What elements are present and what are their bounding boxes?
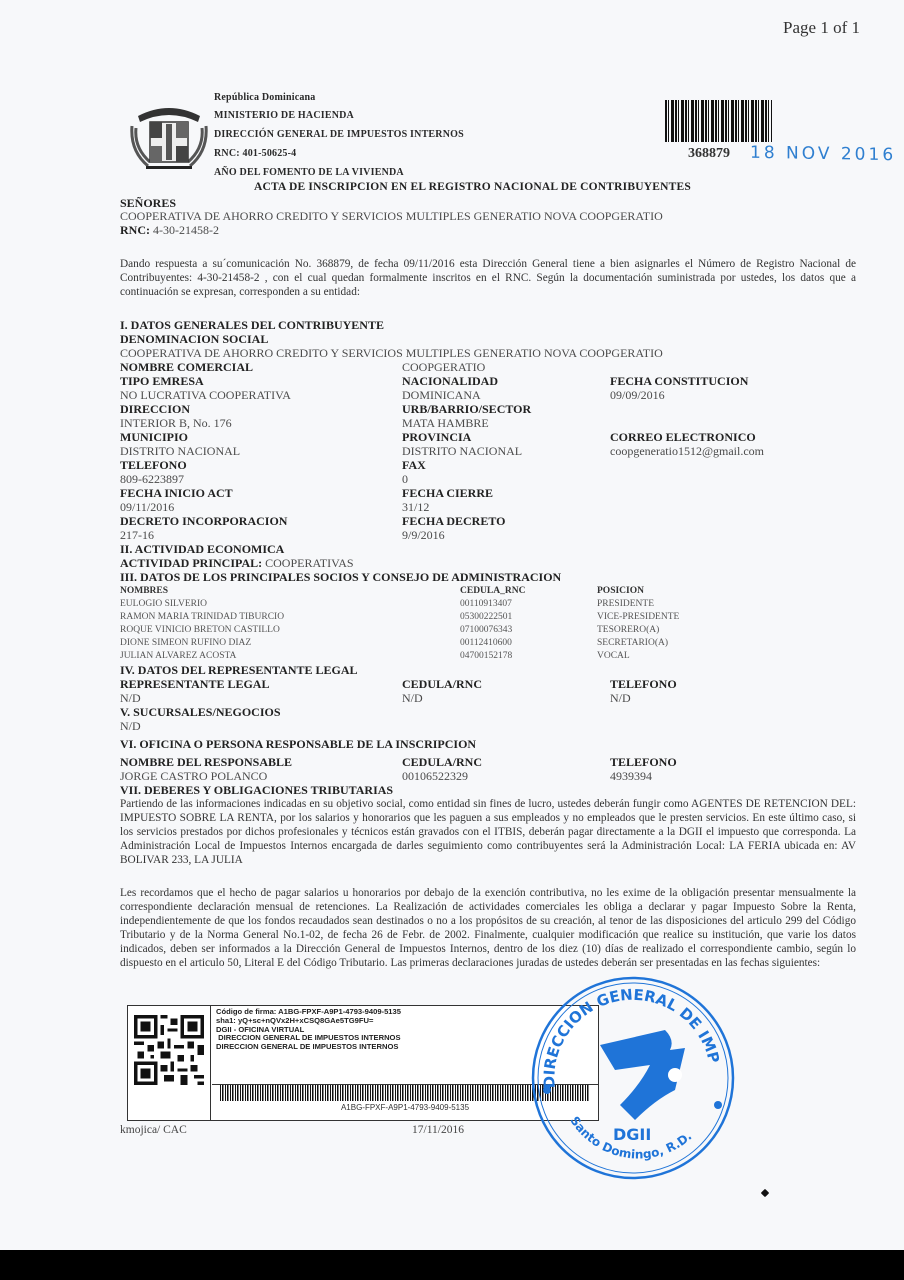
obligations-paragraph-2: Les recordamos que el hecho de pagar sal…	[120, 886, 856, 970]
nombre-comercial-label: NOMBRE COMERCIAL	[120, 360, 253, 375]
fecha-inicio-label: FECHA INICIO ACT	[120, 486, 233, 501]
denominacion-label: DENOMINACION SOCIAL	[120, 332, 268, 347]
decreto-label: DECRETO INCORPORACION	[120, 514, 287, 529]
addressee-rnc: RNC: 4-30-21458-2	[120, 223, 219, 238]
socios-table-cell: RAMON MARIA TRINIDAD TIBURCIO	[120, 612, 284, 622]
telefono-value: 809-6223897	[120, 472, 184, 487]
obligations-paragraph-1: Partiendo de las informaciones indicadas…	[120, 797, 856, 867]
document-barcode	[665, 100, 772, 142]
svg-text:DIRECCION GENERAL DE IMPUESTOS: DIRECCION GENERAL DE IMPUESTOS INTERNOS	[525, 970, 723, 1089]
socios-column-header: NOMBRES	[120, 586, 168, 596]
socios-table-cell: SECRETARIO(A)	[597, 638, 668, 648]
sector-label: URB/BARRIO/SECTOR	[402, 402, 531, 417]
nacionalidad-value: DOMINICANA	[402, 388, 481, 403]
rep-telefono-value: N/D	[610, 691, 631, 706]
provincia-value: DISTRITO NACIONAL	[402, 444, 522, 459]
representante-label: REPRESENTANTE LEGAL	[120, 677, 269, 692]
nacionalidad-label: NACIONALIDAD	[402, 374, 498, 389]
socios-table-cell: DIONE SIMEON RUFINO DIAZ	[120, 638, 251, 648]
tipo-empresa-label: TIPO EMRESA	[120, 374, 204, 389]
socios-table-cell: JULIAN ALVAREZ ACOSTA	[120, 651, 236, 661]
fecha-decreto-label: FECHA DECRETO	[402, 514, 505, 529]
fecha-decreto-value: 9/9/2016	[402, 528, 445, 543]
fax-label: FAX	[402, 458, 426, 473]
addressee-rnc-label: RNC:	[120, 223, 150, 237]
denominacion-value: COOPERATIVA DE AHORRO CREDITO Y SERVICIO…	[120, 346, 663, 361]
intro-paragraph: Dando respuesta a su´comunicación No. 36…	[120, 257, 856, 299]
document-title: ACTA DE INSCRIPCION EN EL REGISTRO NACIO…	[254, 181, 691, 193]
socios-table-cell: VOCAL	[597, 651, 630, 661]
page-indicator: Page 1 of 1	[783, 18, 860, 38]
socios-table-cell: PRESIDENTE	[597, 599, 654, 609]
header-country: República Dominicana	[214, 92, 316, 103]
decreto-value: 217-16	[120, 528, 154, 543]
municipio-label: MUNICIPIO	[120, 430, 188, 445]
sucursales-value: N/D	[120, 719, 141, 734]
section-7-title: VII. DEBERES Y OBLIGACIONES TRIBUTARIAS	[120, 783, 393, 798]
resp-cedula-label: CEDULA/RNC	[402, 755, 482, 770]
footer-date: 17/11/2016	[412, 1124, 464, 1136]
fecha-inicio-value: 09/11/2016	[120, 500, 174, 515]
header-year-motto: AÑO DEL FOMENTO DE LA VIVIENDA	[214, 167, 404, 178]
header-ministry: MINISTERIO DE HACIENDA	[214, 110, 354, 121]
fecha-cierre-label: FECHA CIERRE	[402, 486, 493, 501]
sector-value: MATA HAMBRE	[402, 416, 489, 431]
representante-value: N/D	[120, 691, 141, 706]
fecha-cierre-value: 31/12	[402, 500, 429, 515]
socios-table-cell: 04700152178	[460, 651, 512, 661]
correo-label: CORREO ELECTRONICO	[610, 430, 756, 445]
direccion-label: DIRECCION	[120, 402, 190, 417]
fax-value: 0	[402, 472, 408, 487]
rep-cedula-value: N/D	[402, 691, 423, 706]
rep-cedula-label: CEDULA/RNC	[402, 677, 482, 692]
section-5-title: V. SUCURSALES/NEGOCIOS	[120, 705, 281, 720]
addressee-rnc-value: 4-30-21458-2	[153, 223, 219, 237]
footer-user: kmojica/ CAC	[120, 1124, 187, 1136]
socios-column-header: CEDULA_RNC	[460, 586, 525, 596]
resp-telefono-value: 4939394	[610, 769, 652, 784]
qr-code-cell	[128, 1006, 211, 1120]
resp-telefono-label: TELEFONO	[610, 755, 677, 770]
tipo-empresa-value: NO LUCRATIVA COOPERATIVA	[120, 388, 291, 403]
socios-table-cell: 05300222501	[460, 612, 512, 622]
nombre-comercial-value: COOPGERATIO	[402, 360, 485, 375]
barcode-number: 368879	[688, 146, 730, 162]
resp-cedula-value: 00106522329	[402, 769, 468, 784]
section-6-title: VI. OFICINA O PERSONA RESPONSABLE DE LA …	[120, 737, 476, 752]
section-3-title: III. DATOS DE LOS PRINCIPALES SOCIOS Y C…	[120, 570, 561, 585]
coat-of-arms-icon	[128, 96, 210, 176]
received-date-stamp: 18 NOV 2016	[750, 143, 896, 166]
rep-telefono-label: TELEFONO	[610, 677, 677, 692]
socios-table-cell: TESORERO(A)	[597, 625, 659, 635]
header-rnc: RNC: 401-50625-4	[214, 148, 296, 159]
dgii-seal-icon: DIRECCION GENERAL DE IMPUESTOS INTERNOS …	[525, 970, 740, 1185]
socios-table-cell: ROQUE VINICIO BRETON CASTILLO	[120, 625, 280, 635]
socios-column-header: POSICION	[597, 586, 644, 596]
svg-text:DGII: DGII	[613, 1125, 651, 1144]
fecha-constitucion-label: FECHA CONSTITUCION	[610, 374, 748, 389]
socios-table-cell: EULOGIO SILVERIO	[120, 599, 207, 609]
responsable-label: NOMBRE DEL RESPONSABLE	[120, 755, 292, 770]
socios-table-cell: VICE-PRESIDENTE	[597, 612, 679, 622]
socios-table-cell: 07100076343	[460, 625, 512, 635]
responsable-value: JORGE CASTRO POLANCO	[120, 769, 267, 784]
document-page: Page 1 of 1 República Dominicana MINISTE…	[0, 0, 904, 1250]
section-2-title: II. ACTIVIDAD ECONOMICA	[120, 542, 284, 557]
direccion-value: INTERIOR B, No. 176	[120, 416, 232, 431]
socios-table-cell: 00110913407	[460, 599, 512, 609]
fecha-constitucion-value: 09/09/2016	[610, 388, 665, 403]
actividad-label: ACTIVIDAD PRINCIPAL:	[120, 556, 262, 570]
actividad-principal: ACTIVIDAD PRINCIPAL: COOPERATIVAS	[120, 556, 354, 571]
section-4-title: IV. DATOS DEL REPRESENTANTE LEGAL	[120, 663, 358, 678]
scan-artifact	[761, 1189, 769, 1197]
telefono-label: TELEFONO	[120, 458, 187, 473]
addressee-name: COOPERATIVA DE AHORRO CREDITO Y SERVICIO…	[120, 209, 663, 224]
header-direction: DIRECCIÓN GENERAL DE IMPUESTOS INTERNOS	[214, 129, 464, 140]
provincia-label: PROVINCIA	[402, 430, 471, 445]
section-1-title: I. DATOS GENERALES DEL CONTRIBUYENTE	[120, 318, 384, 333]
correo-value: coopgeneratio1512@gmail.com	[610, 444, 764, 459]
actividad-value: COOPERATIVAS	[265, 556, 353, 570]
municipio-value: DISTRITO NACIONAL	[120, 444, 240, 459]
socios-table-cell: 00112410600	[460, 638, 512, 648]
qr-code-icon	[134, 1014, 204, 1086]
